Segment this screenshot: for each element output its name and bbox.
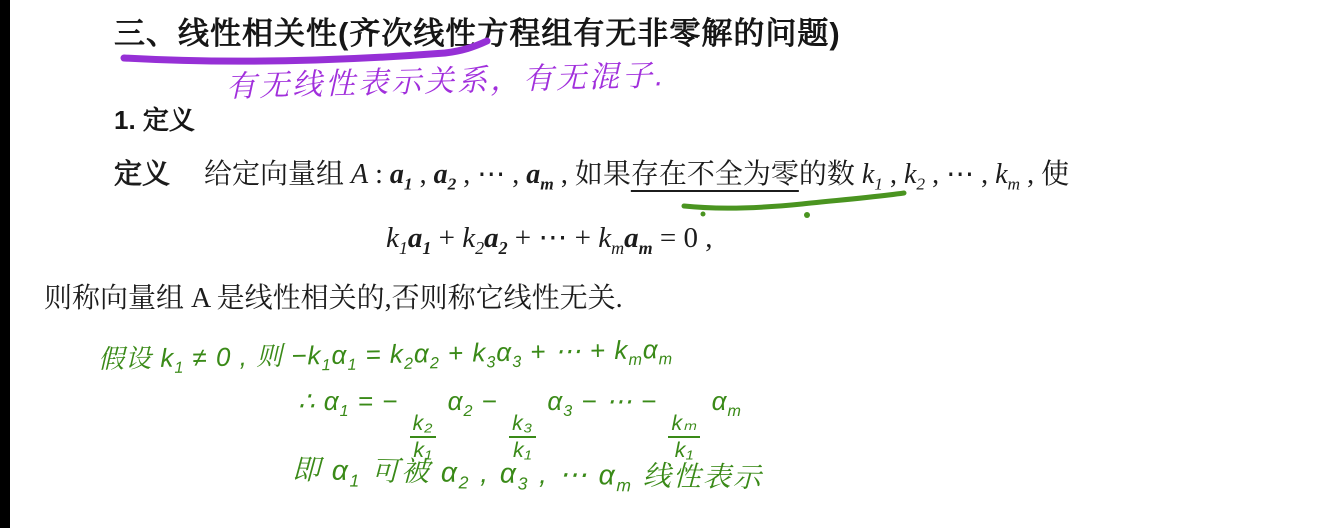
- purple-handwritten-note: 有无线性表示关系，有无混子.: [225, 50, 666, 106]
- definition-conclusion: 则称向量组 A 是线性相关的,否则称它线性无关.: [44, 276, 623, 316]
- green-dot-mark: [701, 212, 706, 217]
- green-handwritten-line-3: 即 α1 可被 α2 , α3 , ⋯ αm 线性表示: [292, 448, 764, 496]
- green-emphasis-underline: [684, 193, 904, 208]
- linear-combination-formula: k1a1 + k2a2 + ⋯ + kmam = 0 ,: [386, 220, 712, 255]
- section-heading: 1. 定义: [114, 100, 195, 137]
- definition-label: 定义: [114, 158, 170, 189]
- green-handwritten-line-1: 假设 k1 ≠ 0 , 则 −k1α1 = k2α2 + k3α3 + ⋯ + …: [98, 329, 674, 376]
- page-left-edge-bar: [0, 0, 10, 528]
- textbook-page: 三、线性相关性(齐次线性方程组有无非零解的问题) 有无线性表示关系，有无混子. …: [0, 0, 1342, 528]
- page-title: 三、线性相关性(齐次线性方程组有无非零解的问题): [114, 8, 841, 53]
- green-dot-above-formula: [804, 212, 810, 218]
- definition-paragraph: 定义给定向量组 A : a1 , a2 , ⋯ , am , 如果存在不全为零的…: [114, 152, 1294, 192]
- definition-body: 给定向量组 A : a1 , a2 , ⋯ , am , 如果存在不全为零的数 …: [204, 159, 1069, 190]
